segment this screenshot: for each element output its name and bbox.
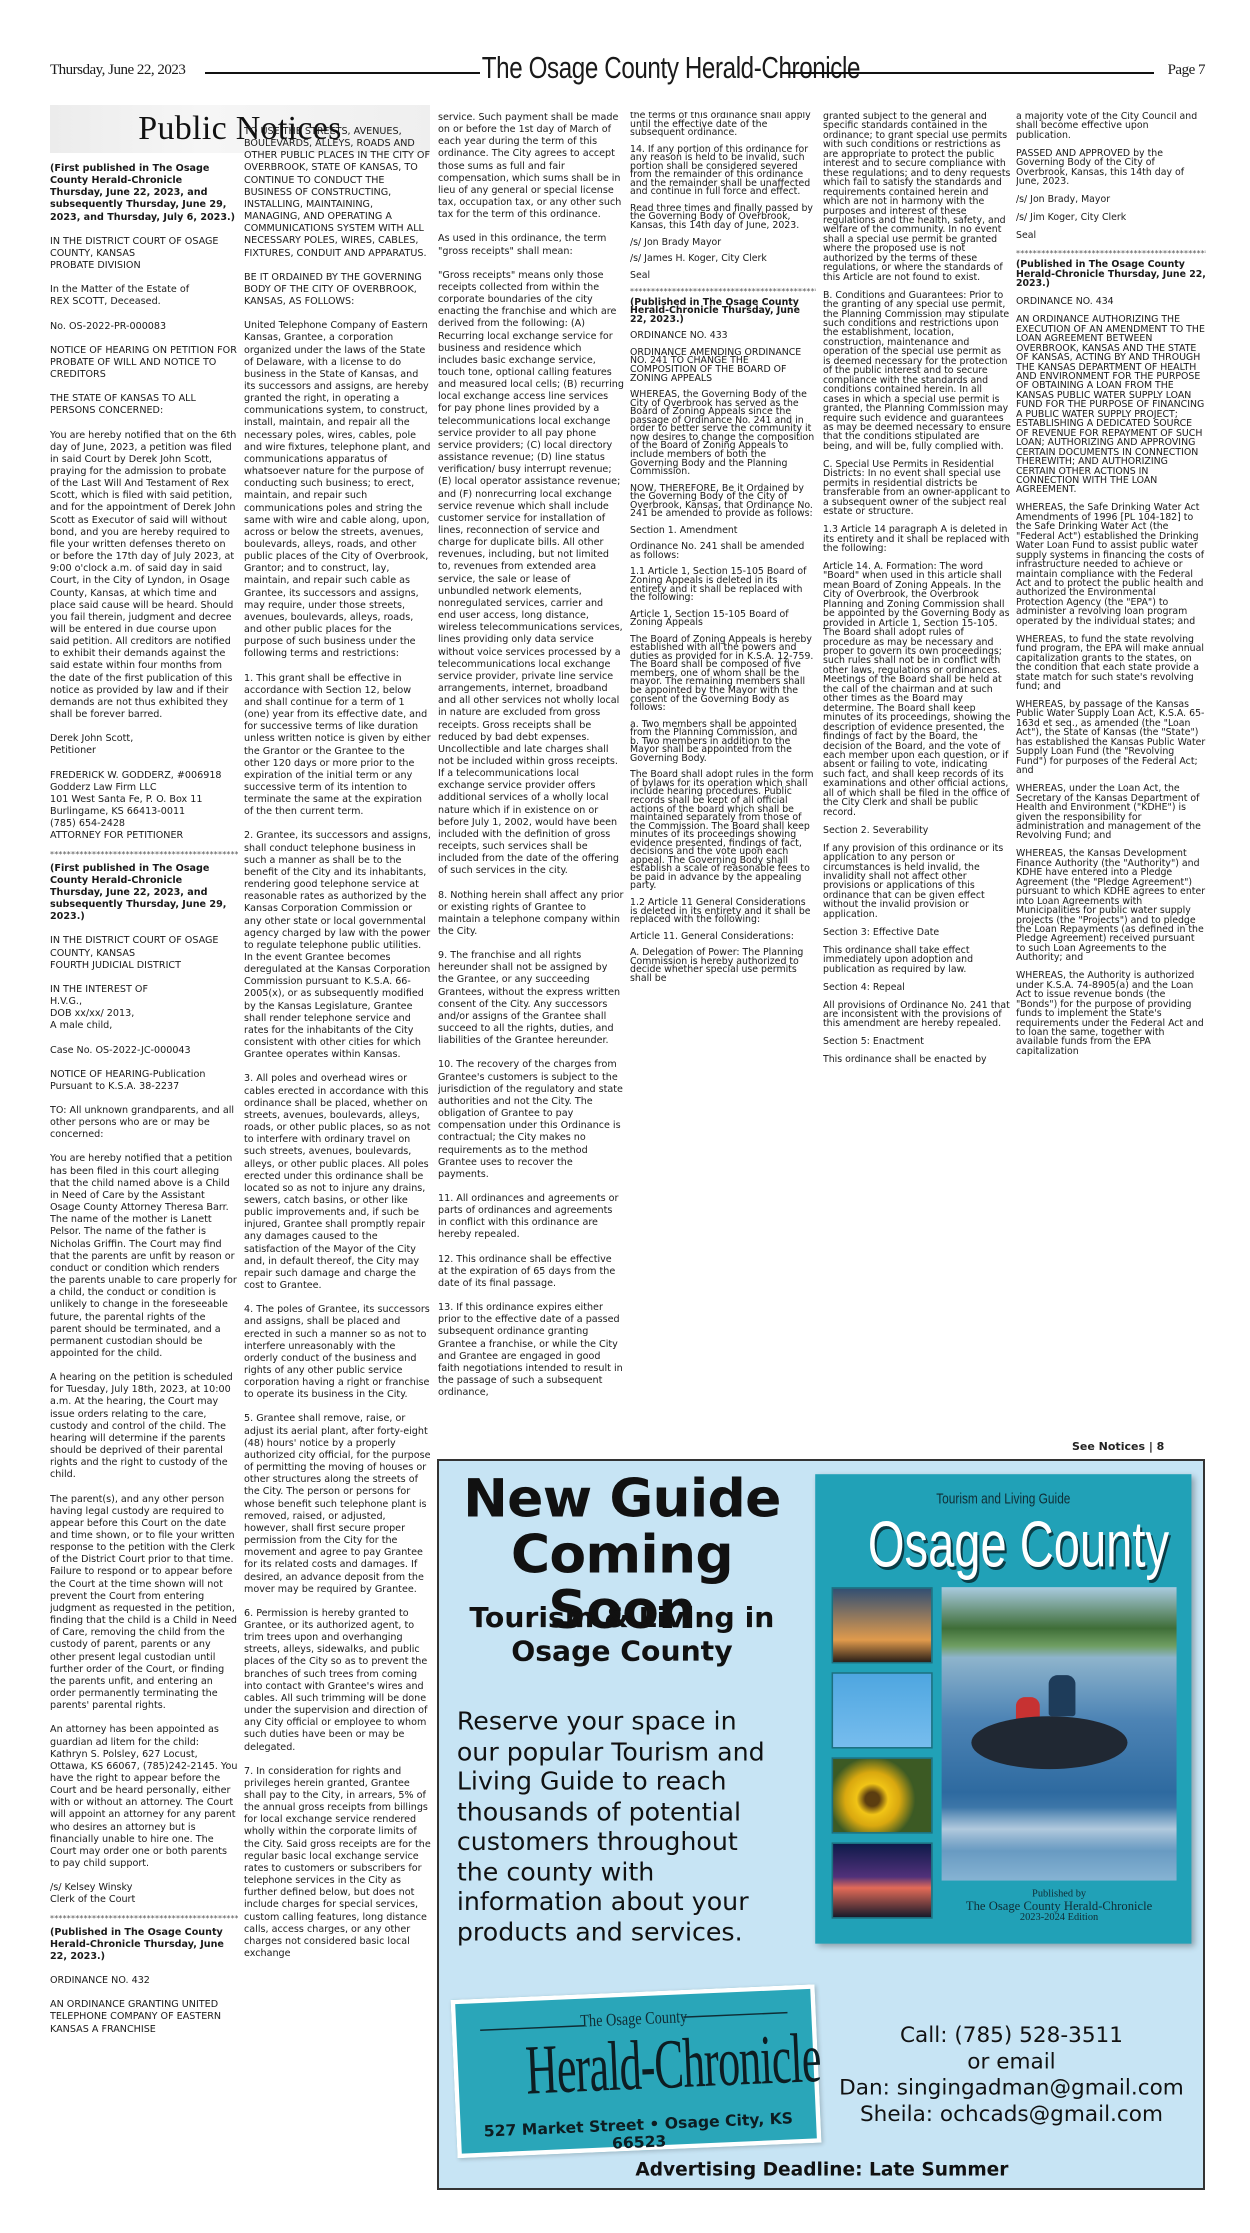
bicycle-sunset-photo [832,1587,933,1663]
bald-eagle-photo [832,1672,933,1748]
notice-paragraph: NOW, THEREFORE, Be it Ordained by the Go… [630,485,816,519]
notice-paragraph: WHEREAS, the Safe Drinking Water Act Ame… [1016,503,1206,626]
notice-paragraph: Ordinance No. 241 shall be amended as fo… [630,543,816,560]
notice-paragraph: 8. Nothing herein shall affect any prior… [438,890,624,939]
notice-paragraph: AN ORDINANCE AUTHORIZING THE EXECUTION O… [1016,315,1206,495]
rider-figure [1049,1675,1076,1716]
notice-paragraph: /s/ Jon Brady Mayor [630,239,816,248]
notice-paragraph: Read three times and finally passed by t… [630,205,816,231]
notice-paragraph: A. Delegation of Power: The Planning Com… [630,949,816,983]
newspaper-title: The Osage County Herald-Chronicle [482,50,778,86]
notice-paragraph: C. Special Use Permits in Residential Di… [823,460,1011,517]
notice-separator: ****************************************… [50,1913,238,1925]
notice-paragraph: The parent(s), and any other person havi… [50,1494,238,1713]
notice-paragraph: /s/ James H. Koger, City Clerk [630,255,816,264]
logo-address: 527 Market Street • Osage City, KS 66523 [461,2109,818,2159]
notice-paragraph: BE IT ORDAINED BY THE GOVERNING BODY OF … [244,272,432,308]
notice-paragraph: ORDINANCE NO. 432 [50,1975,238,1987]
notice-paragraph: WHEREAS, the Governing Body of the City … [630,391,816,476]
notice-paragraph: ORDINANCE AMENDING ORDINANCE NO. 241 TO … [630,349,816,383]
notice-paragraph: FREDERICK W. GODDERZ, #006918 Godderz La… [50,770,238,843]
notice-paragraph: In the Matter of the Estate of REX SCOTT… [50,284,238,308]
notice-paragraph: TO: All unknown grandparents, and all ot… [50,1105,238,1141]
notice-paragraph: a majority vote of the City Council and … [1016,112,1206,140]
inner-tube [971,1716,1127,1769]
cover-edition: 2023-2024 Edition [942,1911,1177,1923]
notice-paragraph: All provisions of Ordinance No. 241 that… [823,1001,1011,1029]
ad-subhead: Tourism & Living in Osage County [451,1602,793,1669]
notice-paragraph: ORDINANCE NO. 434 [1016,297,1206,306]
notice-paragraph: The Board shall adopt rules in the form … [630,771,816,891]
notice-paragraph: 1.2 Article 11 General Considerations is… [630,899,816,925]
notice-paragraph: If any provision of this ordinance or it… [823,844,1011,920]
notice-paragraph: /s/ Kelsey Winsky Clerk of the Court [50,1882,238,1906]
notice-paragraph: WHEREAS, under the Loan Act, the Secreta… [1016,784,1206,841]
notice-paragraph: An attorney has been appointed as guardi… [50,1724,238,1870]
notice-paragraph: As used in this ordinance, the term "gro… [438,233,624,257]
wake-spray [942,1807,1177,1851]
notice-paragraph: Seal [630,272,816,281]
masthead: Thursday, June 22, 2023 The Osage County… [50,50,1205,90]
notice-paragraph: 9. The franchise and all rights hereunde… [438,950,624,1047]
notice-paragraph: WHEREAS, to fund the state revolving fun… [1016,635,1206,692]
notice-paragraph: PASSED AND APPROVED by the Governing Bod… [1016,149,1206,187]
notice-paragraph: No. OS-2022-PR-000083 [50,321,238,333]
notice-paragraph: TO USE THE STREETS, AVENUES, BOULEVARDS,… [244,126,432,260]
notice-paragraph: 12. This ordinance shall be effective at… [438,1254,624,1290]
masthead-rule-right [782,72,1154,74]
publication-notice-heading: (Published in The Osage County Herald-Ch… [50,1927,238,1963]
see-notices-jump-link[interactable]: See Notices | 8 [1072,1440,1164,1453]
tourism-guide-advertisement: New Guide Coming Soon Tourism & Living i… [437,1459,1205,2190]
notice-column-4: the terms of this ordinance shall apply … [630,112,816,1474]
notice-paragraph: The Board of Zoning Appeals is hereby es… [630,636,816,713]
ad-body-text: Reserve your space in our popular Touris… [457,1707,784,1948]
notice-paragraph: 10. The recovery of the charges from Gra… [438,1059,624,1181]
publication-notice-heading: (First published in The Osage County Her… [50,863,238,924]
notice-paragraph: service. Such payment shall be made on o… [438,112,624,221]
notice-paragraph: Case No. OS-2022-JC-000043 [50,1045,238,1057]
notice-separator: ****************************************… [1016,249,1206,258]
notice-paragraph: 14. If any portion of this ordinance for… [630,146,816,197]
cover-title: Osage County [868,1509,1139,1582]
notice-separator: ****************************************… [50,849,238,861]
notice-paragraph: This ordinance shall be enacted by [823,1055,1011,1064]
notice-paragraph: A hearing on the petition is scheduled f… [50,1372,238,1481]
notice-paragraph: 1.1 Article 1, Section 15-105 Board of Z… [630,568,816,602]
notice-column-6: a majority vote of the City Council and … [1016,112,1206,1474]
notice-paragraph: WHEREAS, by passage of the Kansas Public… [1016,700,1206,776]
notice-paragraph: Seal [1016,231,1206,240]
lake-tubing-photo [942,1587,1177,1880]
notice-paragraph: AN ORDINANCE GRANTING UNITED TELEPHONE C… [50,1999,238,2035]
carnival-ride-photo [832,1842,933,1918]
masthead-rule-left [205,72,480,74]
notice-paragraph: WHEREAS, the Authority is authorized und… [1016,971,1206,1056]
notice-paragraph: Section 5: Enactment [823,1037,1011,1046]
notice-paragraph: Section 2. Severability [823,826,1011,835]
notice-paragraph: B. Conditions and Guarantees: Prior to t… [823,291,1011,452]
notice-paragraph: 13. If this ordinance expires either pri… [438,1302,624,1399]
notice-paragraph: 5. Grantee shall remove, raise, or adjus… [244,1413,432,1595]
notice-paragraph: 6. Permission is hereby granted to Grant… [244,1608,432,1754]
notice-paragraph: IN THE INTEREST OF H.V.G., DOB xx/xx/ 20… [50,984,238,1033]
notice-paragraph: Section 1. Amendment [630,527,816,536]
herald-chronicle-logo: The Osage County Herald-Chronicle 527 Ma… [451,1984,822,2158]
notice-paragraph: 3. All poles and overhead wires or cable… [244,1073,432,1292]
notice-paragraph: Article 1, Section 15-105 Board of Zonin… [630,611,816,628]
notice-paragraph: /s/ Jim Koger, City Clerk [1016,213,1206,222]
notice-column-1: (First published in The Osage County Her… [50,163,238,2213]
contact-or-email: or email [829,2049,1195,2075]
notice-paragraph: ORDINANCE NO. 433 [630,332,816,341]
notice-paragraph: /s/ Jon Brady, Mayor [1016,195,1206,204]
page-number: Page 7 [1168,62,1205,79]
ad-contact-info: Call: (785) 528-3511 or email Dan: singi… [829,2023,1195,2129]
notice-paragraph: IN THE DISTRICT COURT OF OSAGE COUNTY, K… [50,236,238,272]
notice-column-3: service. Such payment shall be made on o… [438,112,624,1474]
notice-paragraph: "Gross receipts" means only those receip… [438,270,624,878]
notice-paragraph: Section 3: Effective Date [823,928,1011,937]
notice-paragraph: You are hereby notified that on the 6th … [50,430,238,722]
logo-wordmark: Herald-Chronicle [524,2021,748,2111]
notice-paragraph: Article 11. General Considerations: [630,933,816,942]
notice-paragraph: Section 4: Repeal [823,983,1011,992]
notice-paragraph: 7. In consideration for rights and privi… [244,1766,432,1961]
notice-paragraph: 1.3 Article 14 paragraph A is deleted in… [823,525,1011,553]
notice-paragraph: This ordinance shall take effect immedia… [823,946,1011,974]
sunflower-photo [832,1757,933,1833]
cover-kicker: Tourism and Living Guide [853,1492,1154,1508]
notice-paragraph: granted subject to the general and speci… [823,112,1011,282]
publication-notice-heading: (First published in The Osage County Her… [50,163,238,224]
notice-paragraph: IN THE DISTRICT COURT OF OSAGE COUNTY, K… [50,935,238,971]
publication-notice-heading: (Published in The Osage County Herald-Ch… [1016,260,1206,288]
contact-phone[interactable]: Call: (785) 528-3511 [829,2023,1195,2049]
notice-paragraph: Article 14. A. Formation: The word "Boar… [823,562,1011,817]
notice-paragraph: 4. The poles of Grantee, its successors … [244,1304,432,1401]
notice-paragraph: NOTICE OF HEARING ON PETITION FOR PROBAT… [50,345,238,381]
notice-paragraph: 11. All ordinances and agreements or par… [438,1193,624,1242]
notice-paragraph: a. Two members shall be appointed from t… [630,721,816,764]
notice-paragraph: 2. Grantee, its successors and assigns, … [244,830,432,1061]
contact-email-dan[interactable]: Dan: singingadman@gmail.com [829,2076,1195,2102]
contact-email-sheila[interactable]: Sheila: ochcads@gmail.com [829,2102,1195,2128]
notice-paragraph: 1. This grant shall be effective in acco… [244,673,432,819]
notice-column-2: TO USE THE STREETS, AVENUES, BOULEVARDS,… [244,126,432,2216]
notice-paragraph: WHEREAS, the Kansas Development Finance … [1016,849,1206,962]
cover-publisher-name: The Osage County Herald-Chronicle [942,1900,1177,1912]
publication-notice-heading: (Published in The Osage County Herald-Ch… [630,299,816,325]
notice-separator: ****************************************… [630,288,816,297]
notice-column-5: granted subject to the general and speci… [823,112,1011,1474]
guide-cover-image: Tourism and Living Guide Osage County Pu… [815,1474,1191,1943]
notice-paragraph: United Telephone Company of Eastern Kans… [244,320,432,660]
notice-paragraph: You are hereby notified that a petition … [50,1153,238,1360]
ad-deadline: Advertising Deadline: Late Summer [439,2158,1205,2180]
issue-date: Thursday, June 22, 2023 [50,62,185,79]
notice-paragraph: the terms of this ordinance shall apply … [630,112,816,138]
notice-paragraph: NOTICE OF HEARING-Publication Pursuant t… [50,1069,238,1093]
notice-paragraph: Derek John Scott, Petitioner [50,733,238,757]
cover-publisher: Published by The Osage County Herald-Chr… [942,1888,1177,1923]
notice-paragraph: THE STATE OF KANSAS TO ALL PERSONS CONCE… [50,393,238,417]
